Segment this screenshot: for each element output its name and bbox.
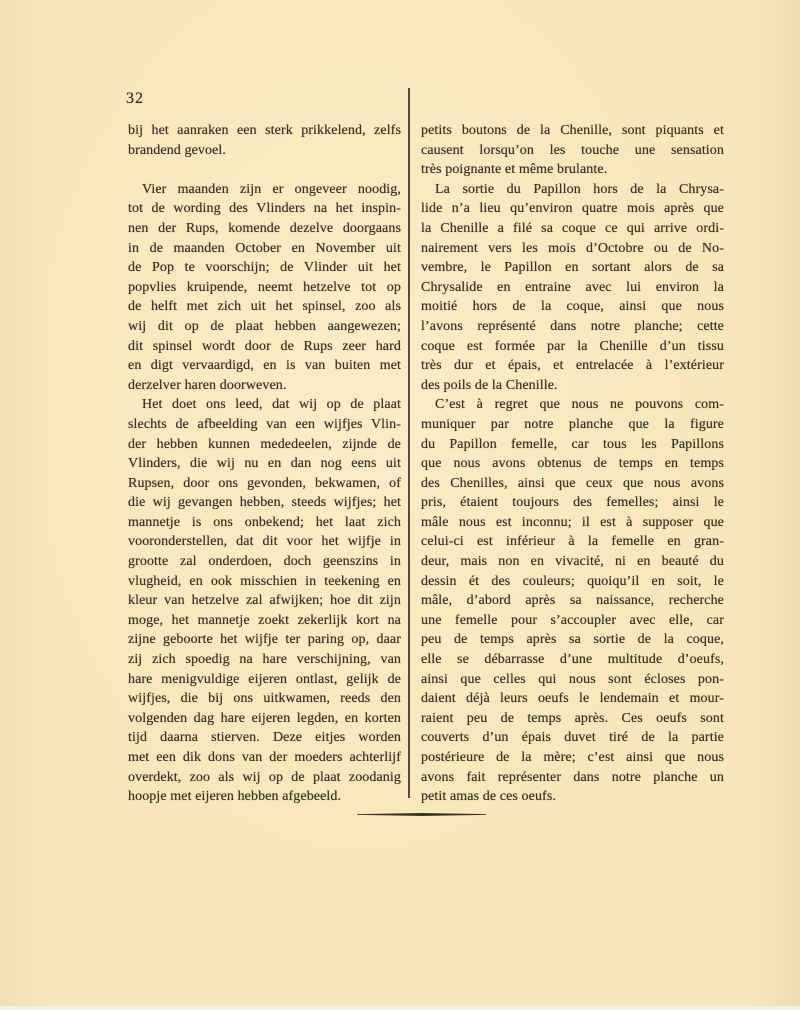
- scanned-book-page: 32 bij het aanraken een sterk prikkelend…: [0, 0, 800, 1010]
- text-line: die wij gevangen hebben, steeds wijfjes;…: [128, 493, 401, 513]
- text-line: deur, mais non en vivacité, ni en beauté…: [421, 552, 724, 572]
- text-line: petits boutons de la Chenille, sont piqu…: [421, 121, 724, 141]
- text-line: vembre, le Papillon en sortant alors de …: [421, 258, 724, 278]
- text-line: daient déjà leurs oeufs le lendemain et …: [421, 689, 724, 709]
- left-column: bij het aanraken een sterk prikkelend, z…: [128, 121, 401, 807]
- text-line: celui-ci est inférieur à la femelle en g…: [421, 532, 724, 552]
- text-line: Het doet ons leed, dat wij op de plaat: [128, 395, 401, 415]
- text-line: zijne geboorte het wijfje ter paring op,…: [128, 630, 401, 650]
- text-line: derzelver haren doorweven.: [128, 376, 401, 396]
- text-line: dessin ét des couleurs; quoiqu’il en soi…: [421, 572, 724, 592]
- text-line: dit spinsel wordt door de Rups zeer hard: [128, 337, 401, 357]
- text-line: der hebben kunnen mededeelen, zijnde de: [128, 435, 401, 455]
- text-line: moge, het mannetje zoekt zekerlijk kort …: [128, 611, 401, 631]
- text-line: vlugheid, en ook misschien in teekening …: [128, 572, 401, 592]
- text-line: vooronderstellen, dat dit voor het wijfj…: [128, 532, 401, 552]
- text-line: muniquer par notre planche que la figure: [421, 415, 724, 435]
- text-line: petit amas de ces oeufs.: [421, 787, 724, 807]
- text-line: bij het aanraken een sterk prikkelend, z…: [128, 121, 401, 141]
- text-line: mannetje is ons onbekend; het laat zich: [128, 513, 401, 533]
- text-line: volgenden dag hare eijeren legden, en ko…: [128, 709, 401, 729]
- text-line: Rupsen, door ons gevonden, bekwamen, of: [128, 474, 401, 494]
- scan-edge-artifact: [0, 1006, 800, 1010]
- text-line: raient peu de temps après. Ces oeufs son…: [421, 709, 724, 729]
- text-line: Vlinders, die wij nu en dan nog eens uit: [128, 454, 401, 474]
- text-line: ainsi que celles qui nous sont écloses p…: [421, 670, 724, 690]
- text-line: grootte zal onderdoen, doch geenszins in: [128, 552, 401, 572]
- text-line: peu de temps après sa sortie de la coque…: [421, 630, 724, 650]
- text-line: coque est formée par la Chenille d’un ti…: [421, 337, 724, 357]
- text-line: une femelle pour s’accoupler avec elle, …: [421, 611, 724, 631]
- text-line: slechts de afbeelding van een wijfjes Vl…: [128, 415, 401, 435]
- text-line: de Pop te voorschijn; de Vlinder uit het: [128, 258, 401, 278]
- text-line: des Chenilles, ainsi que ceux que nous a…: [421, 474, 724, 494]
- text-line: lide n’a lieu qu’environ quatre mois apr…: [421, 199, 724, 219]
- section-end-rule: [357, 813, 486, 816]
- text-line: tot de wording des Vlinders na het inspi…: [128, 199, 401, 219]
- text-line: la Chenille a filé sa coque ce qui arriv…: [421, 219, 724, 239]
- page-number: 32: [126, 90, 144, 108]
- right-column: petits boutons de la Chenille, sont piqu…: [421, 121, 724, 807]
- text-line: que nous avons obtenus de temps en temps: [421, 454, 724, 474]
- column-divider-rule: [408, 88, 410, 798]
- text-line: postérieure de la mère; c’est ainsi que …: [421, 748, 724, 768]
- text-line: moitié hors de la coque, ainsi que nous: [421, 297, 724, 317]
- text-line: avons fait représenter dans notre planch…: [421, 768, 724, 788]
- text-line: overdekt, zoo als wij op de plaat zoodan…: [128, 768, 401, 788]
- text-line: mâle, d’abord après sa naissance, recher…: [421, 591, 724, 611]
- text-line: très dur et épais, et entrelacée à l’ext…: [421, 356, 724, 376]
- text-line: pris, étaient toujours des femelles; ain…: [421, 493, 724, 513]
- text-line: met een dik dons van der moeders achterl…: [128, 748, 401, 768]
- text-line: mâle nous est inconnu; il est à supposer…: [421, 513, 724, 533]
- text-line: l’avons représenté dans notre planche; c…: [421, 317, 724, 337]
- text-line: tijd daarna stierven. Deze eitjes worden: [128, 728, 401, 748]
- text-line: hoopje met eijeren hebben afgebeeld.: [128, 787, 401, 807]
- text-line: en digt vervaardigd, en is van buiten me…: [128, 356, 401, 376]
- text-line: du Papillon femelle, car tous les Papill…: [421, 435, 724, 455]
- text-line: très poignante et même brulante.: [421, 160, 724, 180]
- text-line: popvlies kruipende, neemt hetzelve tot o…: [128, 278, 401, 298]
- text-line: hare menigvuldige eijeren ontlast, gelij…: [128, 670, 401, 690]
- text-line: wij dit op de plaat hebben aangewezen;: [128, 317, 401, 337]
- text-line: nairement vers les mois d’Octobre ou de …: [421, 239, 724, 259]
- text-line: elle se débarrasse d’une multitude d’oeu…: [421, 650, 724, 670]
- text-line: causent lorsqu’on les touche une sensati…: [421, 141, 724, 161]
- text-line: de helft met zich uit het spinsel, zoo a…: [128, 297, 401, 317]
- text-line: zij zich spoedig na hare verschijning, v…: [128, 650, 401, 670]
- text-line: des poils de la Chenille.: [421, 376, 724, 396]
- text-line: brandend gevoel.: [128, 141, 401, 161]
- text-line: in de maanden October en November uit: [128, 239, 401, 259]
- text-line: Vier maanden zijn er ongeveer noodig,: [128, 180, 401, 200]
- text-line: couverts d’un épais duvet tiré de la par…: [421, 728, 724, 748]
- text-line: C’est à regret que nous ne pouvons com-: [421, 395, 724, 415]
- text-line: nen der Rups, komende dezelve doorgaans: [128, 219, 401, 239]
- text-line: kleur van hetzelve zal afwijken; hoe dit…: [128, 591, 401, 611]
- text-line: Chrysalide en entraine avec lui environ …: [421, 278, 724, 298]
- text-line: La sortie du Papillon hors de la Chrysa-: [421, 180, 724, 200]
- text-line: wijfjes, die bij ons uitkwamen, reeds de…: [128, 689, 401, 709]
